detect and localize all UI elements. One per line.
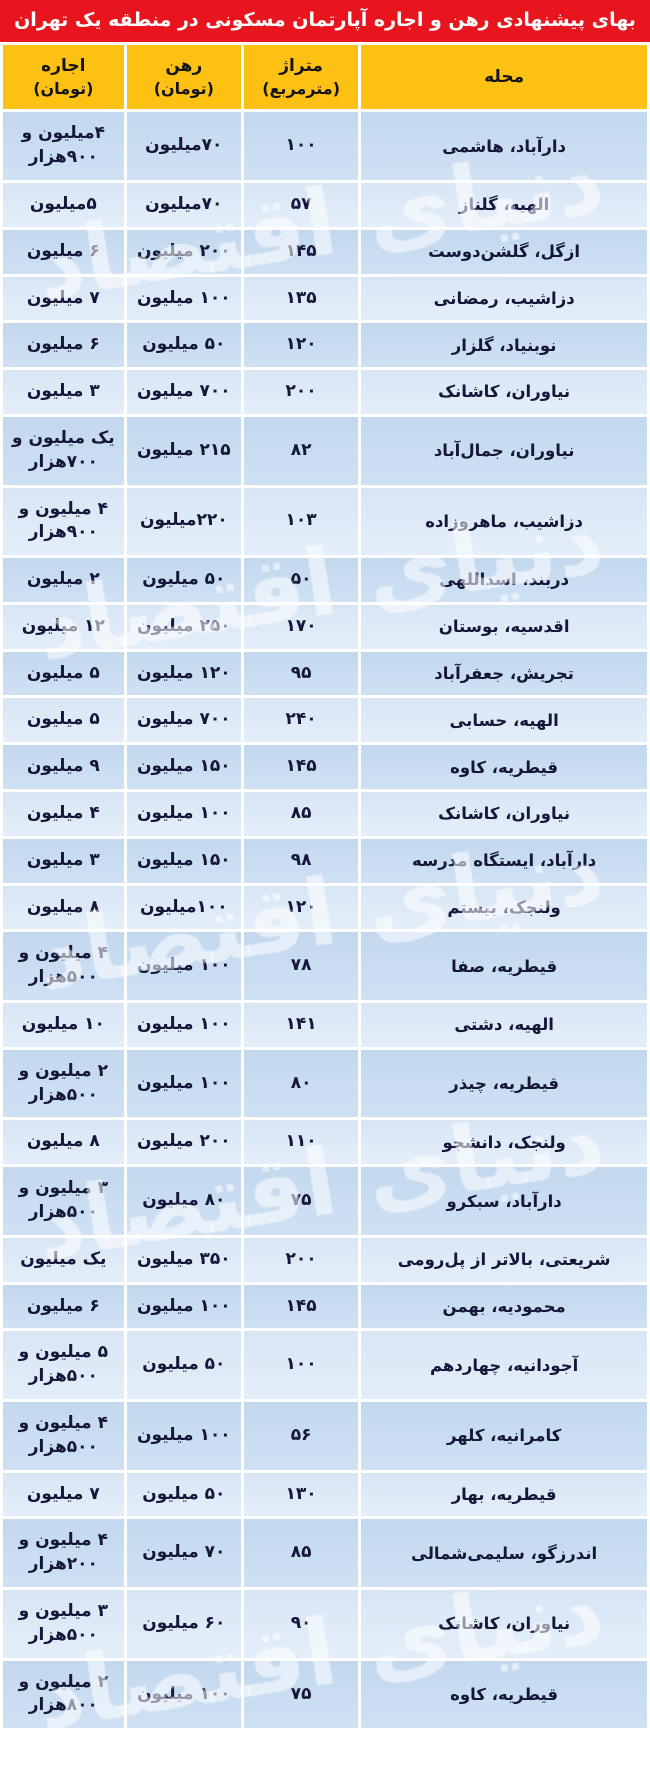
table-row: نیاوران، کاشانک ۸۵ ۱۰۰ میلیون ۴ میلیون [3,792,647,836]
cell-rent: ۴ میلیون [3,792,124,836]
cell-neighborhood: الهیه، گلناز [361,183,647,227]
cell-mortgage: ۲۰۰ میلیون [127,1120,241,1164]
column-header-label: اجاره [41,56,85,76]
cell-rent: ۸ میلیون [3,886,124,930]
table-row: الهیه، حسابی ۲۴۰ ۷۰۰ میلیون ۵ میلیون [3,698,647,742]
cell-mortgage: ۲۰۰ میلیون [127,230,241,274]
cell-area: ۹۰ [244,1590,358,1658]
cell-area: ۱۲۰ [244,323,358,367]
cell-neighborhood: آجودانیه، چهاردهم [361,1331,647,1399]
cell-rent: ۵ میلیون [3,698,124,742]
cell-neighborhood: نیاوران، جمال‌آباد [361,417,647,485]
cell-area: ۱۴۱ [244,1003,358,1047]
cell-neighborhood: اقدسیه، بوستان [361,605,647,649]
cell-area: ۱۴۵ [244,1285,358,1329]
cell-mortgage: ۱۰۰ میلیون [127,1285,241,1329]
cell-mortgage: ۱۰۰میلیون [127,886,241,930]
cell-neighborhood: ازگل، گلشن‌دوست [361,230,647,274]
cell-mortgage: ۷۰میلیون [127,183,241,227]
table-header: محله متراژ (مترمربع) رهن (تومان) اجاره (… [3,45,647,110]
cell-neighborhood: دزاشیب، رمضانی [361,277,647,321]
cell-area: ۲۰۰ [244,1238,358,1282]
table-row: محمودیه، بهمن ۱۴۵ ۱۰۰ میلیون ۶ میلیون [3,1285,647,1329]
cell-mortgage: ۵۰ میلیون [127,323,241,367]
cell-area: ۹۸ [244,839,358,883]
table-row: نیاوران، کاشانک ۹۰ ۶۰ میلیون ۳ میلیون و … [3,1590,647,1658]
cell-rent: ۵ میلیون [3,652,124,696]
cell-neighborhood: اندرزگو، سلیمی‌شمالی [361,1519,647,1587]
cell-mortgage: ۱۰۰ میلیون [127,932,241,1000]
cell-rent: ۴ میلیون و ۲۰۰هزار [3,1519,124,1587]
cell-rent: ۷ میلیون [3,1473,124,1517]
cell-area: ۵۰ [244,558,358,602]
cell-rent: ۳ میلیون [3,839,124,883]
cell-mortgage: ۱۰۰ میلیون [127,277,241,321]
table-row: اندرزگو، سلیمی‌شمالی ۸۵ ۷۰ میلیون ۴ میلی… [3,1519,647,1587]
cell-mortgage: ۵۰ میلیون [127,1331,241,1399]
cell-rent: ۷ میلیون [3,277,124,321]
cell-mortgage: ۷۰۰ میلیون [127,370,241,414]
cell-mortgage: ۱۵۰ میلیون [127,839,241,883]
cell-rent: ۹ میلیون [3,745,124,789]
cell-area: ۱۰۳ [244,488,358,556]
table-row: قیطریه، کاوه ۱۴۵ ۱۵۰ میلیون ۹ میلیون [3,745,647,789]
column-header-unit: (تومان) [129,78,239,100]
table-row: دزاشیب، رمضانی ۱۳۵ ۱۰۰ میلیون ۷ میلیون [3,277,647,321]
table-row: اقدسیه، بوستان ۱۷۰ ۲۵۰ میلیون ۱۲ میلیون [3,605,647,649]
cell-neighborhood: ولنجک، بیستم [361,886,647,930]
newspaper-table-page: بهای پیشنهادی رهن و اجاره آپارتمان مسکون… [0,0,650,1781]
column-header-rent: اجاره (تومان) [3,45,124,110]
cell-rent: ۲ میلیون [3,558,124,602]
rent-price-table: محله متراژ (مترمربع) رهن (تومان) اجاره (… [0,42,650,1731]
table-row: دزاشیب، ماهروزاده ۱۰۳ ۲۲۰میلیون ۴ میلیون… [3,488,647,556]
table-row: قیطریه، چیذر ۸۰ ۱۰۰ میلیون ۲ میلیون و ۵۰… [3,1050,647,1118]
cell-neighborhood: تجریش، جعفرآباد [361,652,647,696]
table-row: ولنجک، بیستم ۱۲۰ ۱۰۰میلیون ۸ میلیون [3,886,647,930]
cell-rent: ۱۲ میلیون [3,605,124,649]
column-header-unit: (مترمربع) [246,78,356,100]
cell-neighborhood: دارآباد، سبکرو [361,1167,647,1235]
cell-rent: ۶ میلیون [3,323,124,367]
cell-neighborhood: دارآباد، ایستگاه مدرسه [361,839,647,883]
table-row: ولنجک، دانشجو ۱۱۰ ۲۰۰ میلیون ۸ میلیون [3,1120,647,1164]
cell-mortgage: ۱۰۰ میلیون [127,1003,241,1047]
cell-rent: ۵میلیون [3,183,124,227]
cell-mortgage: ۲۲۰میلیون [127,488,241,556]
cell-rent: ۸ میلیون [3,1120,124,1164]
cell-mortgage: ۷۰میلیون [127,112,241,180]
cell-area: ۸۵ [244,1519,358,1587]
cell-area: ۱۰۰ [244,112,358,180]
cell-area: ۱۲۰ [244,886,358,930]
cell-area: ۸۵ [244,792,358,836]
cell-rent: ۲ میلیون و ۵۰۰هزار [3,1050,124,1118]
table-row: دارآباد، ایستگاه مدرسه ۹۸ ۱۵۰ میلیون ۳ م… [3,839,647,883]
cell-neighborhood: قیطریه، صفا [361,932,647,1000]
table-row: نیاوران، جمال‌آباد ۸۲ ۲۱۵ میلیون یک میلی… [3,417,647,485]
column-header-unit: (تومان) [5,78,122,100]
cell-neighborhood: دارآباد، هاشمی [361,112,647,180]
cell-neighborhood: قیطریه، کاوه [361,745,647,789]
cell-neighborhood: ولنجک، دانشجو [361,1120,647,1164]
cell-area: ۵۶ [244,1402,358,1470]
cell-neighborhood: قیطریه، کاوه [361,1661,647,1729]
cell-mortgage: ۱۰۰ میلیون [127,1661,241,1729]
cell-rent: ۳ میلیون و ۵۰۰هزار [3,1590,124,1658]
table-row: نیاوران، کاشانک ۲۰۰ ۷۰۰ میلیون ۳ میلیون [3,370,647,414]
cell-rent: ۶ میلیون [3,1285,124,1329]
cell-mortgage: ۶۰ میلیون [127,1590,241,1658]
cell-rent: یک میلیون [3,1238,124,1282]
cell-area: ۸۲ [244,417,358,485]
cell-neighborhood: نوبنیاد، گلزار [361,323,647,367]
column-header-mortgage: رهن (تومان) [127,45,241,110]
cell-neighborhood: قیطریه، چیذر [361,1050,647,1118]
cell-neighborhood: کامرانیه، کلهر [361,1402,647,1470]
table-row: دارآباد، سبکرو ۷۵ ۸۰ میلیون ۳ میلیون و ۵… [3,1167,647,1235]
table-body: دارآباد، هاشمی ۱۰۰ ۷۰میلیون ۴میلیون و ۹۰… [3,112,647,1728]
table-row: قیطریه، صفا ۷۸ ۱۰۰ میلیون ۴ میلیون و ۵۰۰… [3,932,647,1000]
column-header-label: رهن [165,56,202,76]
cell-mortgage: ۸۰ میلیون [127,1167,241,1235]
cell-area: ۲۴۰ [244,698,358,742]
cell-rent: ۴میلیون و ۹۰۰هزار [3,112,124,180]
table-row: کامرانیه، کلهر ۵۶ ۱۰۰ میلیون ۴ میلیون و … [3,1402,647,1470]
cell-rent: ۲ میلیون و ۸۰۰هزار [3,1661,124,1729]
table-row: الهیه، دشتی ۱۴۱ ۱۰۰ میلیون ۱۰ میلیون [3,1003,647,1047]
cell-mortgage: ۱۰۰ میلیون [127,1050,241,1118]
cell-rent: ۳ میلیون [3,370,124,414]
cell-area: ۸۰ [244,1050,358,1118]
table-row: قیطریه، بهار ۱۳۰ ۵۰ میلیون ۷ میلیون [3,1473,647,1517]
cell-area: ۱۳۰ [244,1473,358,1517]
cell-mortgage: ۱۰۰ میلیون [127,792,241,836]
table-row: قیطریه، کاوه ۷۵ ۱۰۰ میلیون ۲ میلیون و ۸۰… [3,1661,647,1729]
cell-mortgage: ۲۵۰ میلیون [127,605,241,649]
cell-neighborhood: نیاوران، کاشانک [361,792,647,836]
table-row: دارآباد، هاشمی ۱۰۰ ۷۰میلیون ۴میلیون و ۹۰… [3,112,647,180]
cell-rent: ۱۰ میلیون [3,1003,124,1047]
cell-rent: ۴ میلیون و ۹۰۰هزار [3,488,124,556]
cell-neighborhood: دزاشیب، ماهروزاده [361,488,647,556]
table-row: الهیه، گلناز ۵۷ ۷۰میلیون ۵میلیون [3,183,647,227]
table-row: تجریش، جعفرآباد ۹۵ ۱۲۰ میلیون ۵ میلیون [3,652,647,696]
cell-neighborhood: دربند، اسداللهی [361,558,647,602]
column-header-neighborhood: محله [361,45,647,110]
cell-mortgage: ۱۲۰ میلیون [127,652,241,696]
cell-mortgage: ۱۵۰ میلیون [127,745,241,789]
table-row: شریعتی، بالاتر از پل‌رومی ۲۰۰ ۳۵۰ میلیون… [3,1238,647,1282]
cell-area: ۷۸ [244,932,358,1000]
cell-neighborhood: شریعتی، بالاتر از پل‌رومی [361,1238,647,1282]
cell-rent: یک میلیون و ۷۰۰هزار [3,417,124,485]
page-title: بهای پیشنهادی رهن و اجاره آپارتمان مسکون… [0,0,650,42]
cell-area: ۱۴۵ [244,745,358,789]
cell-rent: ۶ میلیون [3,230,124,274]
cell-area: ۲۰۰ [244,370,358,414]
cell-mortgage: ۲۱۵ میلیون [127,417,241,485]
cell-rent: ۵ میلیون و ۵۰۰هزار [3,1331,124,1399]
column-header-area: متراژ (مترمربع) [244,45,358,110]
cell-area: ۱۳۵ [244,277,358,321]
cell-neighborhood: نیاوران، کاشانک [361,370,647,414]
cell-mortgage: ۱۰۰ میلیون [127,1402,241,1470]
cell-area: ۱۷۰ [244,605,358,649]
cell-neighborhood: قیطریه، بهار [361,1473,647,1517]
cell-rent: ۴ میلیون و ۵۰۰هزار [3,1402,124,1470]
cell-neighborhood: محمودیه، بهمن [361,1285,647,1329]
cell-mortgage: ۷۰۰ میلیون [127,698,241,742]
cell-rent: ۳ میلیون و ۵۰۰هزار [3,1167,124,1235]
cell-neighborhood: الهیه، دشتی [361,1003,647,1047]
cell-rent: ۴ میلیون و ۵۰۰هزار [3,932,124,1000]
column-header-label: متراژ [279,56,323,76]
cell-area: ۹۵ [244,652,358,696]
cell-mortgage: ۷۰ میلیون [127,1519,241,1587]
cell-area: ۵۷ [244,183,358,227]
cell-area: ۱۰۰ [244,1331,358,1399]
cell-area: ۷۵ [244,1167,358,1235]
cell-area: ۷۵ [244,1661,358,1729]
table-row: ازگل، گلشن‌دوست ۱۴۵ ۲۰۰ میلیون ۶ میلیون [3,230,647,274]
cell-mortgage: ۳۵۰ میلیون [127,1238,241,1282]
cell-neighborhood: نیاوران، کاشانک [361,1590,647,1658]
column-header-label: محله [484,67,524,87]
cell-area: ۱۱۰ [244,1120,358,1164]
cell-neighborhood: الهیه، حسابی [361,698,647,742]
cell-area: ۱۴۵ [244,230,358,274]
cell-mortgage: ۵۰ میلیون [127,1473,241,1517]
table-row: نوبنیاد، گلزار ۱۲۰ ۵۰ میلیون ۶ میلیون [3,323,647,367]
cell-mortgage: ۵۰ میلیون [127,558,241,602]
table-row: آجودانیه، چهاردهم ۱۰۰ ۵۰ میلیون ۵ میلیون… [3,1331,647,1399]
table-row: دربند، اسداللهی ۵۰ ۵۰ میلیون ۲ میلیون [3,558,647,602]
